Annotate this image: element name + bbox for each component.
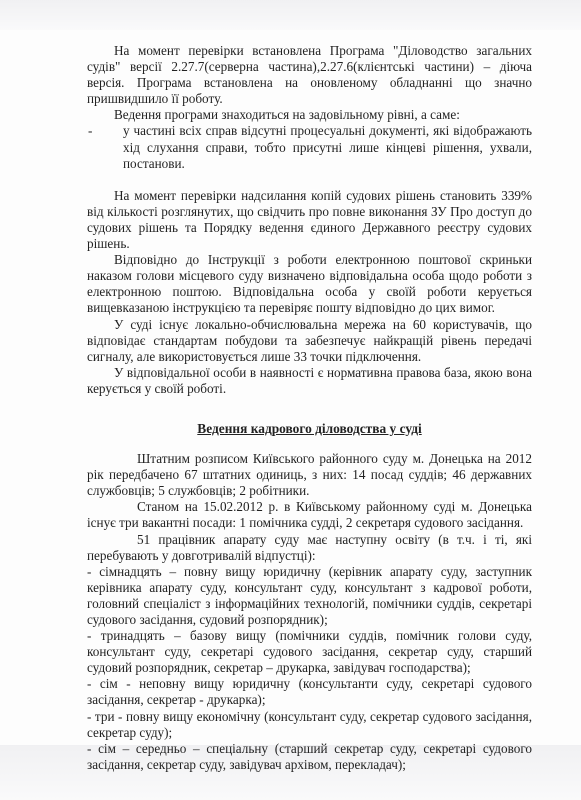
list-item-text: у частині всіх справ відсутні процесуаль… — [123, 123, 532, 170]
paragraph-court-decisions: На момент перевірки надсилання копій суд… — [87, 188, 532, 252]
paragraph-education-intro: 51 працівник апарату суду має наступну о… — [87, 532, 532, 564]
paragraph-email-instruction: Відповідно до Інструкції з роботи електр… — [87, 252, 532, 316]
paragraph-network: У суді існує локально-обчислювальна мере… — [87, 317, 532, 365]
section-heading: Ведення кадрового діловодства у суді — [87, 421, 532, 437]
paragraph-legal-base: У відповідальної особи в наявності є нор… — [87, 365, 532, 397]
education-item-incomplete-higher-legal: - сім - неповну вищу юридичну (консульта… — [87, 676, 532, 708]
education-item-basic-higher: - тринадцять – базову вищу (помічники су… — [87, 628, 532, 676]
education-item-full-higher-economic: - три - повну вищу економічну (консульта… — [87, 709, 532, 741]
education-item-secondary-special: - сім – середньо – спеціальну (старший с… — [87, 741, 532, 773]
list-item: - у частині всіх справ відсутні процесуа… — [87, 123, 532, 171]
scan-noise-top — [0, 0, 581, 30]
dash-bullet: - — [88, 123, 92, 139]
scanned-document-page: На момент перевірки встановлена Програма… — [0, 0, 581, 800]
paragraph-vacancies: Станом на 15.02.2012 р. в Київському рай… — [87, 499, 532, 531]
paragraph-program-status: Ведення програми знаходиться на задовіль… — [87, 107, 532, 123]
education-item-full-higher-legal: - сімнадцять – повну вищу юридичну (кері… — [87, 564, 532, 628]
document-body: На момент перевірки встановлена Програма… — [87, 43, 532, 773]
paragraph-program-version: На момент перевірки встановлена Програма… — [87, 43, 532, 107]
paragraph-staff-schedule: Штатним розписом Київського районного су… — [87, 451, 532, 499]
program-issues-list: - у частині всіх справ відсутні процесуа… — [87, 123, 532, 171]
